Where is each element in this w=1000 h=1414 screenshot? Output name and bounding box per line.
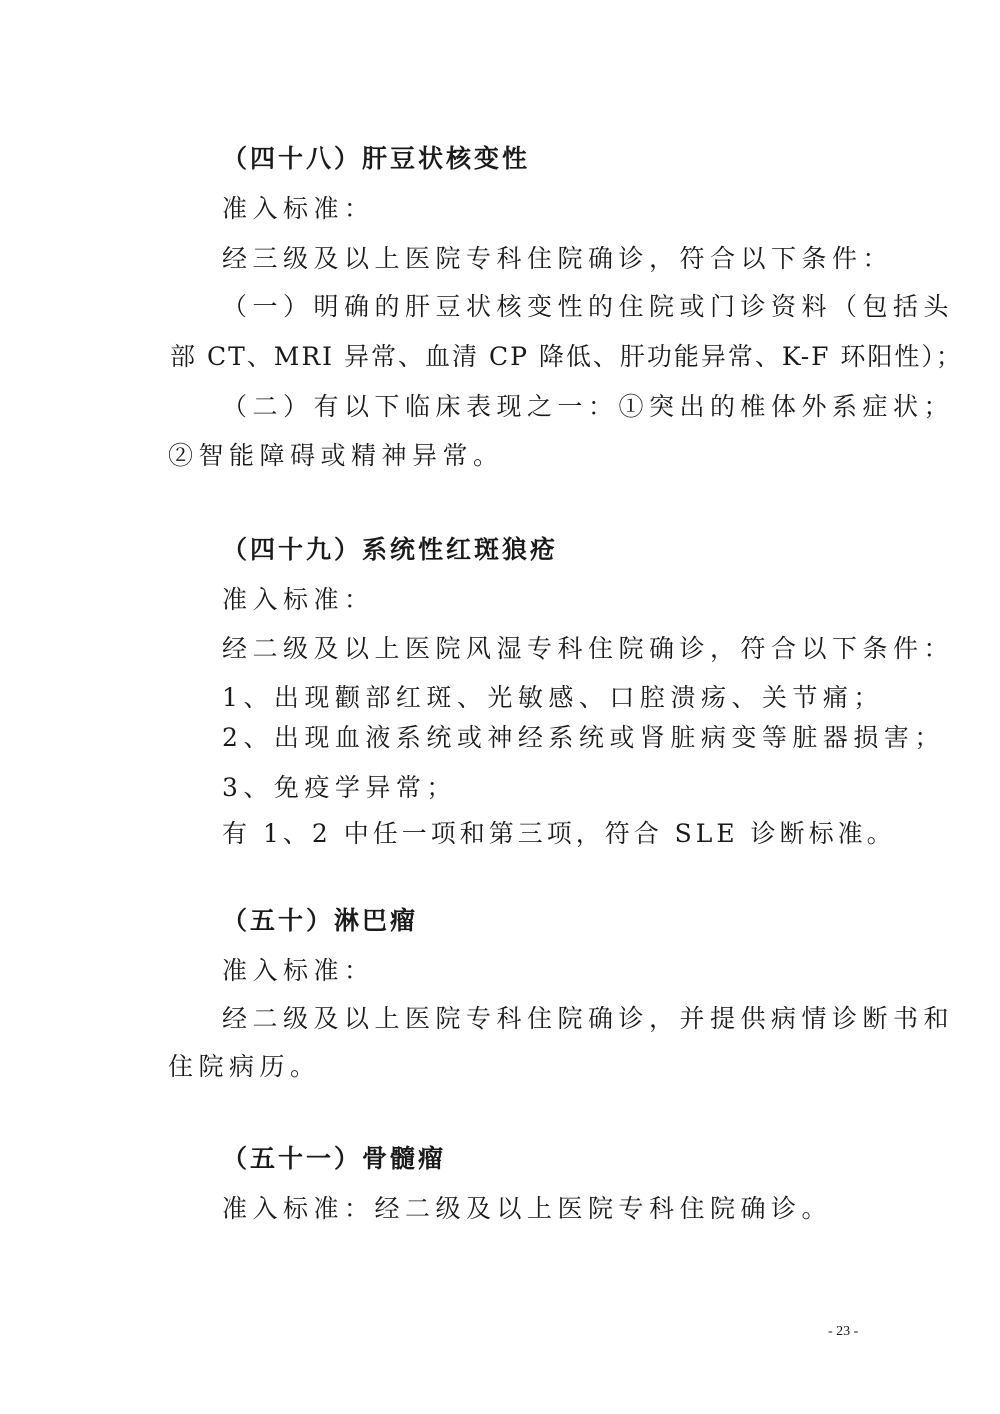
paragraph: （二）有以下临床表现之一：①突出的椎体外系症状； bbox=[222, 391, 954, 423]
paragraph: 2、出现血液系统或神经系统或肾脏病变等脏器损害； bbox=[222, 722, 945, 754]
page-number: - 23 - bbox=[828, 1324, 858, 1340]
paragraph: 经二级及以上医院专科住院确诊，并提供病情诊断书和 bbox=[222, 1003, 954, 1035]
paragraph: 准入标准：经二级及以上医院专科住院确诊。 bbox=[222, 1193, 832, 1225]
section-heading-51: （五十一）骨髓瘤 bbox=[222, 1143, 446, 1175]
paragraph: 经三级及以上医院专科住院确诊，符合以下条件： bbox=[222, 243, 893, 275]
paragraph: （一）明确的肝豆状核变性的住院或门诊资料（包括头 bbox=[222, 291, 954, 323]
paragraph: 经二级及以上医院风湿专科住院确诊，符合以下条件： bbox=[222, 633, 954, 665]
paragraph: 1、出现颧部红斑、光敏感、口腔溃疡、关节痛； bbox=[222, 682, 884, 714]
section-heading-50: （五十）淋巴瘤 bbox=[222, 905, 418, 937]
section-heading-48: （四十八）肝豆状核变性 bbox=[222, 143, 530, 175]
paragraph: 部 CT、MRI 异常、血清 CP 降低、肝功能异常、K-F 环阳性）； bbox=[170, 341, 963, 373]
admission-criteria-label: 准入标准： bbox=[222, 584, 375, 616]
admission-criteria-label: 准入标准： bbox=[222, 955, 375, 987]
admission-criteria-label: 准入标准： bbox=[222, 193, 375, 225]
paragraph: 3、免疫学异常； bbox=[222, 772, 457, 804]
paragraph: ②智能障碍或精神异常。 bbox=[168, 440, 504, 472]
paragraph: 住院病历。 bbox=[168, 1051, 321, 1083]
paragraph: 有 1、2 中任一项和第三项，符合 SLE 诊断标准。 bbox=[222, 818, 896, 850]
section-heading-49: （四十九）系统性红斑狼疮 bbox=[222, 534, 558, 566]
